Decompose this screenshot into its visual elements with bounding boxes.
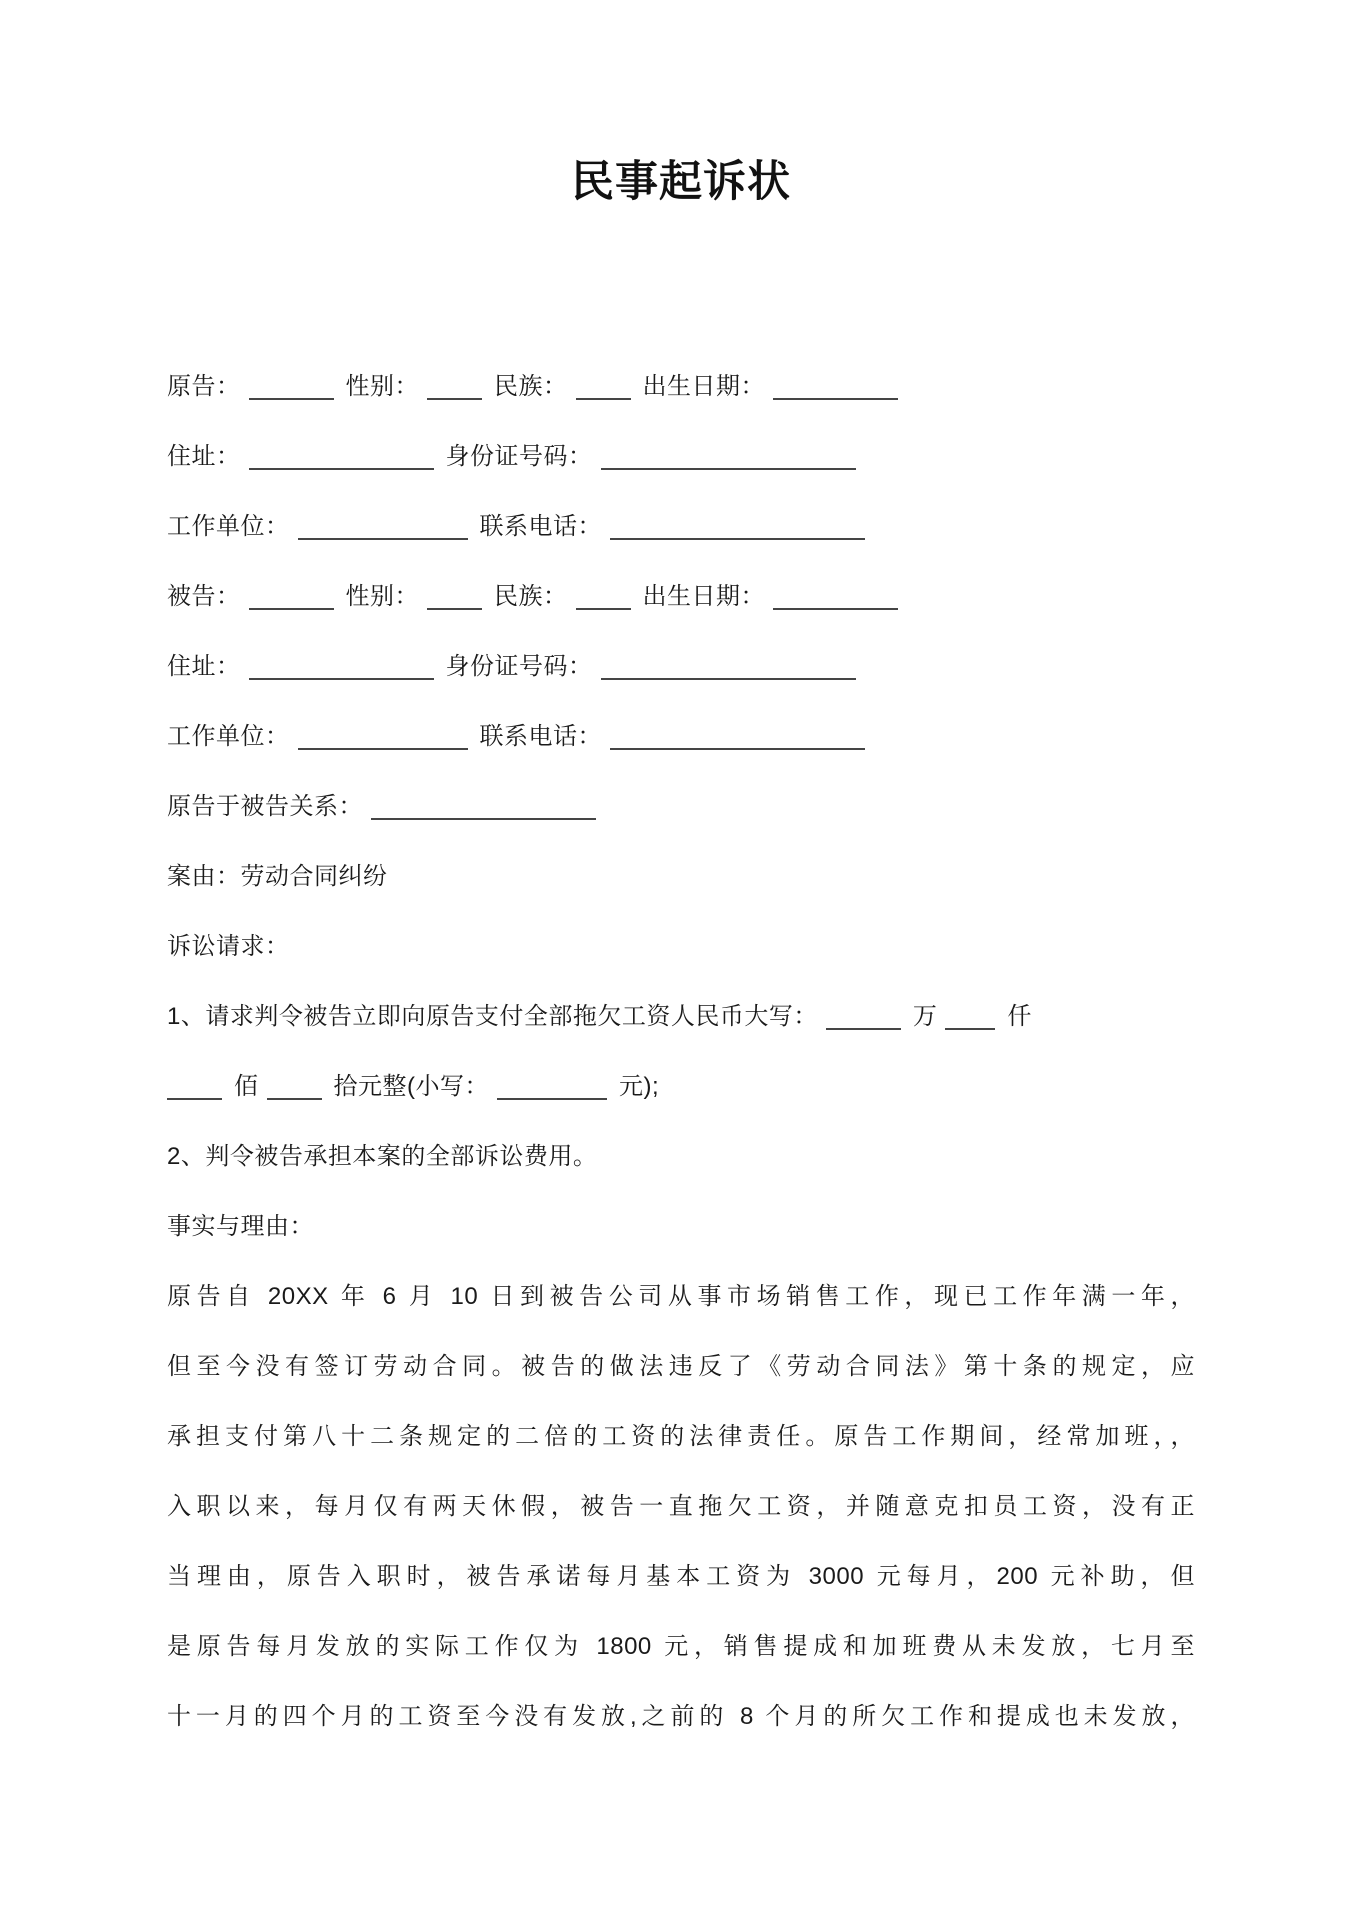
facts-line-5-text-0: 当理由，原告入职时，被告承诺每月基本工资为 3000 元每月，200 元补助，但: [167, 1563, 1195, 1590]
relationship-row-text-0: 原告于被告关系：: [167, 793, 363, 820]
facts-line-3: 承担支付第八十二条规定的二倍的工资的法律责任。原告工作期间，经常加班，，: [167, 1402, 1195, 1472]
claim-2-row-text-0: 2、判令被告承担本案的全部诉讼费用。: [167, 1143, 597, 1170]
civil-complaint-page: 民事起诉状 原告：性别：民族：出生日期：住址：身份证号码：工作单位：联系电话：被…: [0, 0, 1358, 1920]
defendant-address-row-text-2: 身份证号码：: [446, 653, 593, 680]
plaintiff-address-row-blank-3: [601, 438, 856, 470]
facts-line-5: 当理由，原告入职时，被告承诺每月基本工资为 3000 元每月，200 元补助，但: [167, 1542, 1195, 1612]
document-content: 原告：性别：民族：出生日期：住址：身份证号码：工作单位：联系电话：被告：性别：民…: [167, 352, 1195, 1752]
claim-1-line-2-row-text-3: 拾元整(小写：: [334, 1073, 490, 1100]
facts-line-4: 入职以来，每月仅有两天休假，被告一直拖欠工资，并随意克扣员工资，没有正: [167, 1472, 1195, 1542]
claim-1-line-2-row-blank-2: [267, 1068, 322, 1100]
plaintiff-info-row-blank-3: [427, 368, 482, 400]
facts-line-7-text-0: 十一月的四个月的工资至今没有发放,之前的 8 个月的所欠工作和提成也未发放，: [167, 1703, 1195, 1730]
facts-heading-row-text-0: 事实与理由：: [167, 1213, 314, 1240]
relationship-row: 原告于被告关系：: [167, 772, 1195, 842]
defendant-info-row-text-2: 性别：: [346, 583, 420, 610]
defendant-info-row-text-4: 民族：: [494, 583, 568, 610]
plaintiff-employer-row: 工作单位：联系电话：: [167, 492, 1195, 562]
claim-1-line-1-row-text-2: 万: [913, 1003, 938, 1030]
plaintiff-address-row-text-0: 住址：: [167, 443, 241, 470]
plaintiff-info-row-blank-1: [249, 368, 334, 400]
defendant-address-row-text-0: 住址：: [167, 653, 241, 680]
defendant-info-row-blank-1: [249, 578, 334, 610]
plaintiff-employer-row-text-2: 联系电话：: [480, 513, 603, 540]
document-title: 民事起诉状: [167, 0, 1195, 209]
facts-line-7: 十一月的四个月的工资至今没有发放,之前的 8 个月的所欠工作和提成也未发放，: [167, 1682, 1195, 1752]
facts-line-1: 原告自 20XX 年 6 月 10 日到被告公司从事市场销售工作，现已工作年满一…: [167, 1262, 1195, 1332]
case-reason-row: 案由：劳动合同纠纷: [167, 842, 1195, 912]
plaintiff-address-row-text-2: 身份证号码：: [446, 443, 593, 470]
facts-line-6-text-0: 是原告每月发放的实际工作仅为 1800 元，销售提成和加班费从未发放，七月至: [167, 1633, 1195, 1660]
facts-line-2-text-0: 但至今没有签订劳动合同。被告的做法违反了《劳动合同法》第十条的规定，应: [167, 1353, 1195, 1380]
defendant-employer-row: 工作单位：联系电话：: [167, 702, 1195, 772]
plaintiff-info-row: 原告：性别：民族：出生日期：: [167, 352, 1195, 422]
plaintiff-address-row-blank-1: [249, 438, 434, 470]
plaintiff-info-row-text-4: 民族：: [494, 373, 568, 400]
plaintiff-info-row-text-2: 性别：: [346, 373, 420, 400]
claim-1-line-2-row: 佰拾元整(小写：元);: [167, 1052, 1195, 1122]
claim-1-line-1-row: 1、请求判令被告立即向原告支付全部拖欠工资人民币大写：万仟: [167, 982, 1195, 1052]
claim-2-row: 2、判令被告承担本案的全部诉讼费用。: [167, 1122, 1195, 1192]
facts-line-2: 但至今没有签订劳动合同。被告的做法违反了《劳动合同法》第十条的规定，应: [167, 1332, 1195, 1402]
plaintiff-employer-row-blank-3: [610, 508, 865, 540]
plaintiff-info-row-blank-5: [576, 368, 631, 400]
plaintiff-info-row-blank-7: [773, 368, 898, 400]
claim-1-line-1-row-text-0: 1、请求判令被告立即向原告支付全部拖欠工资人民币大写：: [167, 1003, 818, 1030]
claim-1-line-2-row-text-1: 佰: [234, 1073, 259, 1100]
defendant-address-row-blank-3: [601, 648, 856, 680]
claims-heading-row-text-0: 诉讼请求：: [167, 933, 290, 960]
claim-1-line-2-row-text-5: 元);: [619, 1073, 659, 1100]
facts-line-6: 是原告每月发放的实际工作仅为 1800 元，销售提成和加班费从未发放，七月至: [167, 1612, 1195, 1682]
defendant-employer-row-blank-3: [610, 718, 865, 750]
defendant-info-row-blank-7: [773, 578, 898, 610]
claims-heading-row: 诉讼请求：: [167, 912, 1195, 982]
facts-line-3-text-0: 承担支付第八十二条规定的二倍的工资的法律责任。原告工作期间，经常加班，，: [167, 1423, 1195, 1450]
case-reason-row-text-0: 案由：劳动合同纠纷: [167, 863, 388, 890]
plaintiff-info-row-text-6: 出生日期：: [643, 373, 766, 400]
defendant-info-row: 被告：性别：民族：出生日期：: [167, 562, 1195, 632]
facts-line-1-text-0: 原告自 20XX 年 6 月 10 日到被告公司从事市场销售工作，现已工作年满一…: [167, 1283, 1195, 1310]
defendant-employer-row-text-2: 联系电话：: [480, 723, 603, 750]
claim-1-line-2-row-blank-0: [167, 1068, 222, 1100]
defendant-info-row-text-6: 出生日期：: [643, 583, 766, 610]
relationship-row-blank-1: [371, 788, 596, 820]
defendant-info-row-blank-3: [427, 578, 482, 610]
defendant-info-row-blank-5: [576, 578, 631, 610]
claim-1-line-1-row-text-4: 仟: [1007, 1003, 1032, 1030]
defendant-address-row-blank-1: [249, 648, 434, 680]
defendant-info-row-text-0: 被告：: [167, 583, 241, 610]
claim-1-line-1-row-blank-3: [945, 998, 995, 1030]
defendant-employer-row-blank-1: [298, 718, 468, 750]
facts-line-4-text-0: 入职以来，每月仅有两天休假，被告一直拖欠工资，并随意克扣员工资，没有正: [167, 1493, 1195, 1520]
plaintiff-employer-row-blank-1: [298, 508, 468, 540]
defendant-employer-row-text-0: 工作单位：: [167, 723, 290, 750]
plaintiff-employer-row-text-0: 工作单位：: [167, 513, 290, 540]
facts-heading-row: 事实与理由：: [167, 1192, 1195, 1262]
plaintiff-address-row: 住址：身份证号码：: [167, 422, 1195, 492]
claim-1-line-1-row-blank-1: [826, 998, 901, 1030]
plaintiff-info-row-text-0: 原告：: [167, 373, 241, 400]
claim-1-line-2-row-blank-4: [497, 1068, 607, 1100]
defendant-address-row: 住址：身份证号码：: [167, 632, 1195, 702]
